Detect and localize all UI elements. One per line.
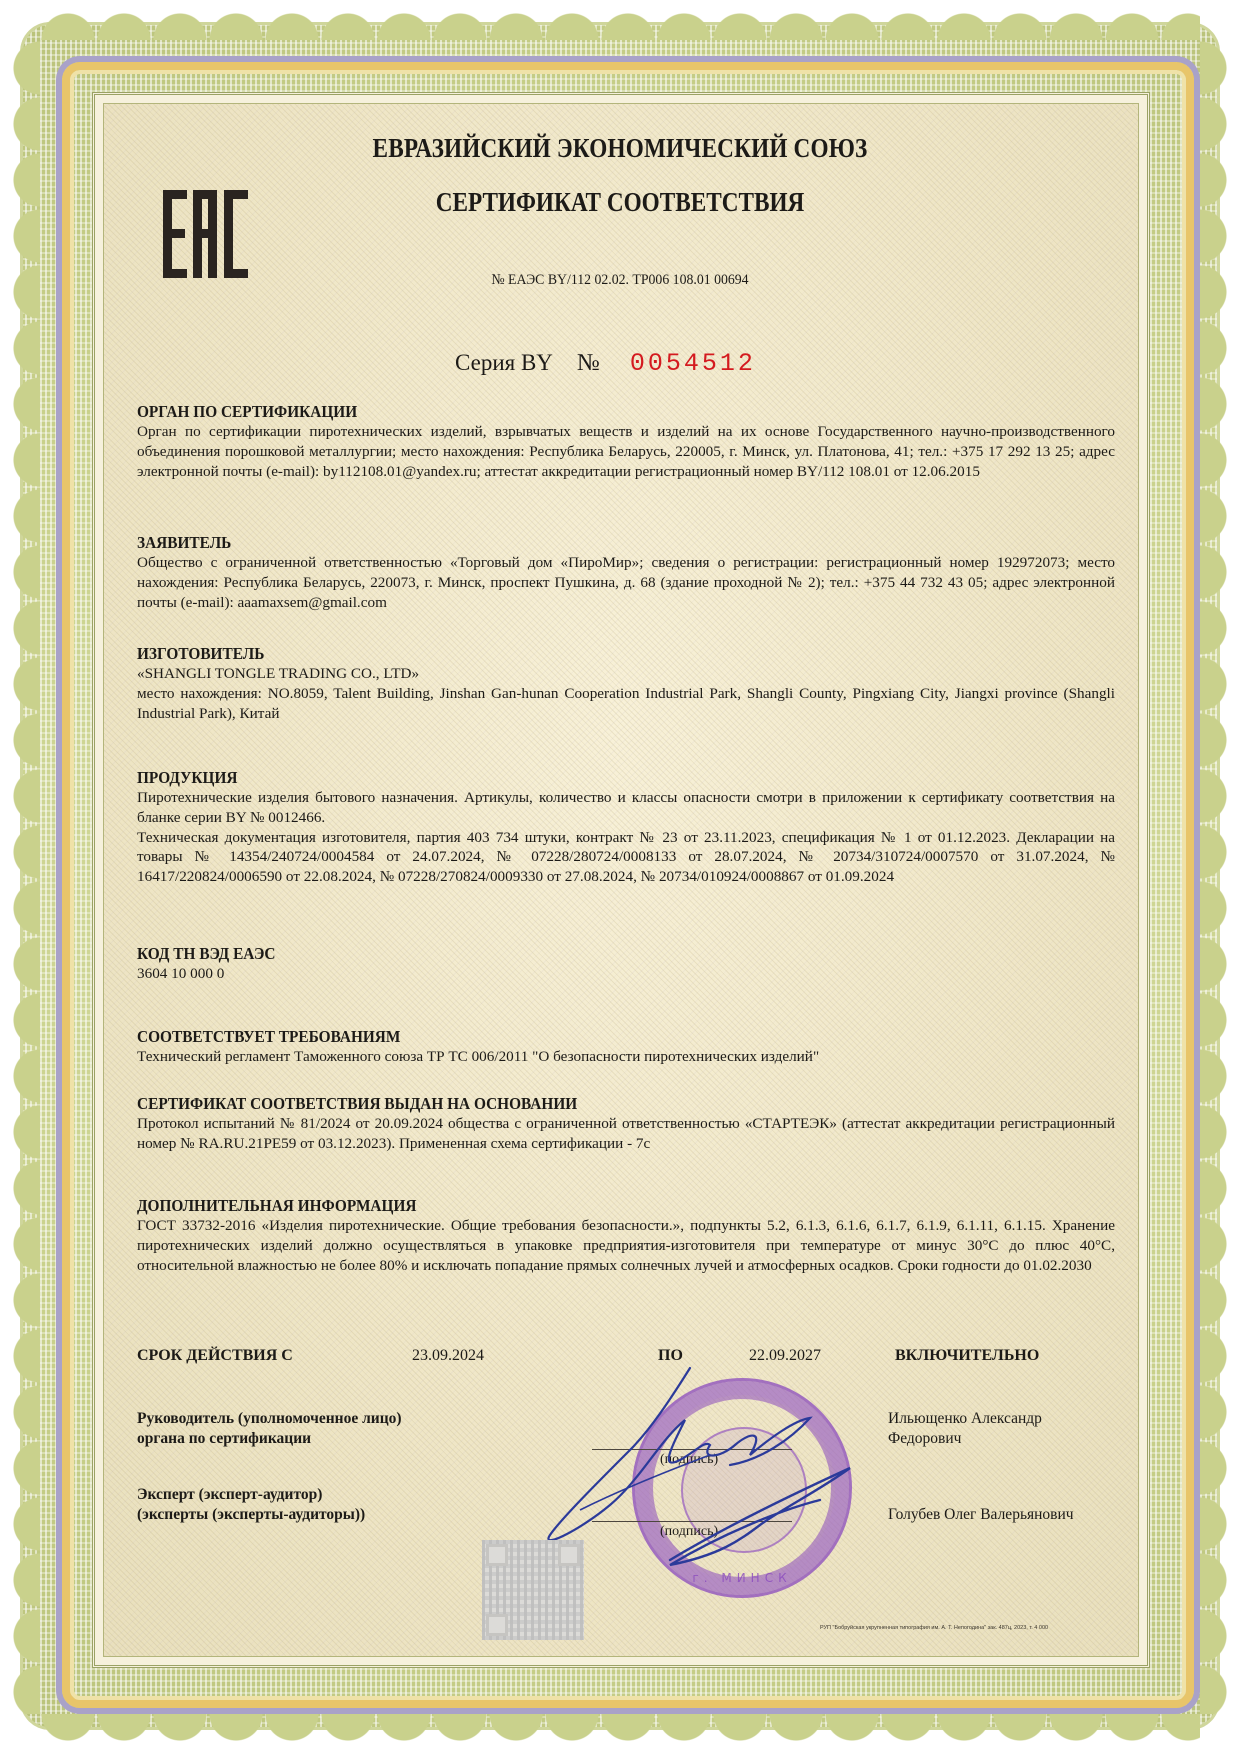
- section-text: Общество с ограниченной ответственностью…: [137, 553, 1115, 612]
- validity-row: СРОК ДЕЙСТВИЯ С 23.09.2024 ПО 22.09.2027…: [137, 1347, 1115, 1371]
- section-title: ОРГАН ПО СЕРТИФИКАЦИИ: [137, 402, 357, 422]
- section-text: ГОСТ 33732-2016 «Изделия пиротехнические…: [137, 1216, 1115, 1275]
- border-scallop-right: [1200, 40, 1236, 1714]
- expert-signature-caption: (подпись): [660, 1524, 718, 1540]
- section-title: ЗАЯВИТЕЛЬ: [137, 533, 231, 553]
- section-text: Орган по сертификации пиротехнических из…: [137, 422, 1115, 481]
- section-applicant: ЗАЯВИТЕЛЬ Общество с ограниченной ответс…: [137, 533, 1115, 612]
- section-title: ПРОДУКЦИЯ: [137, 768, 237, 788]
- section-title: ДОПОЛНИТЕЛЬНАЯ ИНФОРМАЦИЯ: [137, 1196, 416, 1216]
- validity-from-label: СРОК ДЕЙСТВИЯ С: [137, 1347, 293, 1365]
- section-additional-info: ДОПОЛНИТЕЛЬНАЯ ИНФОРМАЦИЯ ГОСТ 33732-201…: [137, 1196, 1115, 1275]
- series-line: Серия BY № 0054512: [455, 349, 756, 378]
- serial-number: 0054512: [630, 349, 756, 378]
- section-issued-basis: СЕРТИФИКАТ СООТВЕТСТВИЯ ВЫДАН НА ОСНОВАН…: [137, 1094, 1115, 1154]
- validity-to-date: 22.09.2027: [749, 1347, 821, 1365]
- products-description: Пиротехнические изделия бытового назначе…: [137, 788, 1115, 828]
- validity-inclusive-label: ВКЛЮЧИТЕЛЬНО: [895, 1347, 1039, 1365]
- stamp-text: г. МИНСК: [635, 1571, 849, 1585]
- official-stamp: г. МИНСК: [632, 1378, 852, 1598]
- head-signature-caption: (подпись): [660, 1452, 718, 1468]
- section-title: СООТВЕТСТВУЕТ ТРЕБОВАНИЯМ: [137, 1027, 400, 1047]
- head-signatory-label: Руководитель (уполномоченное лицо) орган…: [137, 1409, 402, 1449]
- section-certification-body: ОРГАН ПО СЕРТИФИКАЦИИ Орган по сертифика…: [137, 402, 1115, 481]
- section-hs-code: КОД ТН ВЭД ЕАЭС 3604 10 000 0: [137, 944, 1115, 984]
- manufacturer-name: «SHANGLI TONGLE TRADING CO., LTD»: [137, 664, 1115, 684]
- section-title: ИЗГОТОВИТЕЛЬ: [137, 644, 264, 664]
- head-signature-line: [592, 1449, 792, 1450]
- expert-signatory-name: Голубев Олег Валерьянович: [888, 1505, 1074, 1525]
- manufacturer-address: место нахождения: NO.8059, Talent Buildi…: [137, 684, 1115, 724]
- border-scallop-top: [40, 4, 1200, 40]
- section-title: КОД ТН ВЭД ЕАЭС: [137, 944, 275, 964]
- union-title: ЕВРАЗИЙСКИЙ ЭКОНОМИЧЕСКИЙ СОЮЗ: [87, 133, 1153, 164]
- hs-code: 3604 10 000 0: [137, 964, 1115, 984]
- printer-note: РУП "Бобруйская укрупненная типография и…: [820, 1625, 1048, 1631]
- section-manufacturer: ИЗГОТОВИТЕЛЬ «SHANGLI TONGLE TRADING CO.…: [137, 644, 1115, 723]
- products-documentation: Техническая документация изготовителя, п…: [137, 828, 1115, 887]
- section-title: СЕРТИФИКАТ СООТВЕТСТВИЯ ВЫДАН НА ОСНОВАН…: [137, 1094, 577, 1114]
- validity-from-date: 23.09.2024: [412, 1347, 484, 1365]
- expert-signature-line: [592, 1521, 792, 1522]
- expert-signatory-label: Эксперт (эксперт-аудитор) (эксперты (экс…: [137, 1485, 365, 1525]
- section-products: ПРОДУКЦИЯ Пиротехнические изделия бытово…: [137, 768, 1115, 887]
- border-scallop-bottom: [40, 1714, 1200, 1750]
- border-scallop-left: [4, 40, 40, 1714]
- qr-code: [482, 1540, 584, 1640]
- validity-to-label: ПО: [658, 1347, 683, 1365]
- section-requirements: СООТВЕТСТВУЕТ ТРЕБОВАНИЯМ Технический ре…: [137, 1027, 1115, 1067]
- registration-number: № ЕАЭС BY/112 02.02. ТР006 108.01 00694: [50, 272, 1191, 289]
- number-sign: №: [577, 350, 600, 377]
- series-label: Серия BY: [455, 350, 553, 376]
- section-text: Технический регламент Таможенного союза …: [137, 1047, 1115, 1067]
- document-title: СЕРТИФИКАТ СООТВЕТСТВИЯ: [87, 187, 1153, 218]
- head-signatory-name: Ильющенко Александр Федорович: [888, 1409, 1042, 1449]
- section-text: Протокол испытаний № 81/2024 от 20.09.20…: [137, 1114, 1115, 1154]
